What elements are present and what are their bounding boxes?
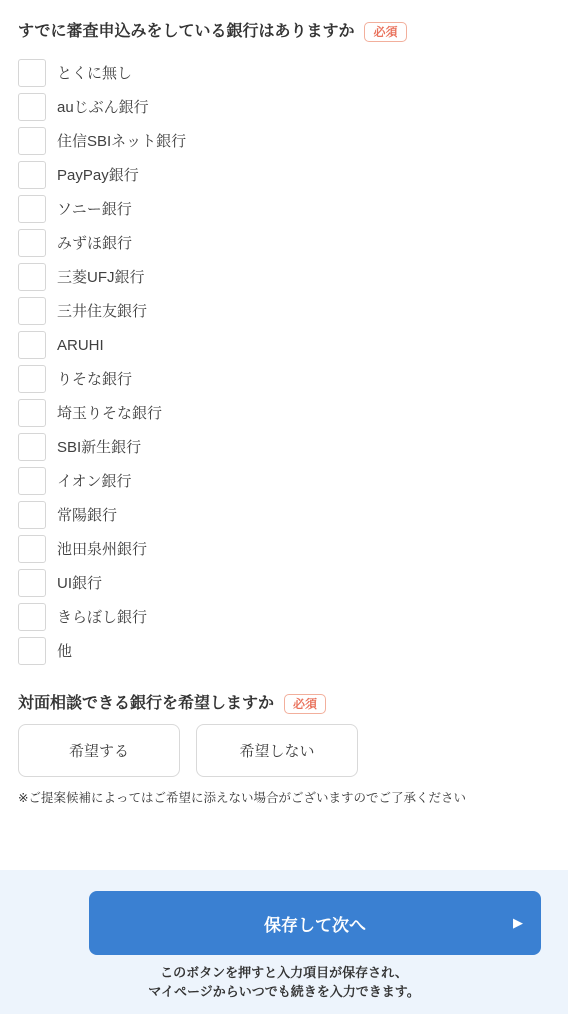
checkbox-row[interactable]: 池田泉州銀行: [18, 532, 550, 566]
checkbox-row[interactable]: ソニー銀行: [18, 192, 550, 226]
right-arrow-icon: ▶: [513, 915, 523, 931]
checkbox-label: 三菱UFJ銀行: [57, 269, 145, 285]
checkbox-label: 常陽銀行: [57, 507, 117, 523]
question2-header: 対面相談できる銀行を希望しますか 必須: [18, 694, 550, 714]
checkbox-row[interactable]: SBI新生銀行: [18, 430, 550, 464]
question1-title: すでに審査申込みをしている銀行はありますか: [18, 22, 354, 42]
checkbox-row[interactable]: きらぼし銀行: [18, 600, 550, 634]
checkbox[interactable]: [18, 399, 46, 427]
checkbox-row[interactable]: UI銀行: [18, 566, 550, 600]
checkbox-row[interactable]: PayPay銀行: [18, 158, 550, 192]
checkbox[interactable]: [18, 569, 46, 597]
checkbox-row[interactable]: 三井住友銀行: [18, 294, 550, 328]
checkbox[interactable]: [18, 535, 46, 563]
checkbox-label: みずほ銀行: [57, 235, 132, 251]
checkbox-label: auじぶん銀行: [57, 99, 149, 115]
checkbox[interactable]: [18, 467, 46, 495]
footer-note-line2: マイページからいつでも続きを入力できます。: [0, 982, 568, 1001]
footer-save-area: 保存して次へ ▶ このボタンを押すと入力項目が保存され、 マイページからいつでも…: [0, 870, 568, 1014]
checkbox-label: きらぼし銀行: [57, 609, 147, 625]
choice-button-no[interactable]: 希望しない: [196, 724, 358, 777]
checkbox-label: とくに無し: [57, 65, 132, 81]
checkbox[interactable]: [18, 127, 46, 155]
footer-note: このボタンを押すと入力項目が保存され、 マイページからいつでも続きを入力できます…: [0, 963, 568, 1001]
checkbox-label: ARUHI: [57, 337, 104, 353]
checkbox-row[interactable]: 常陽銀行: [18, 498, 550, 532]
checkbox-row[interactable]: 住信SBIネット銀行: [18, 124, 550, 158]
choice-button-group: 希望する 希望しない: [18, 724, 550, 777]
checkbox[interactable]: [18, 195, 46, 223]
question-banks-applied: すでに審査申込みをしている銀行はありますか 必須 とくに無しauじぶん銀行住信S…: [18, 22, 550, 668]
checkbox-label: 三井住友銀行: [57, 303, 147, 319]
required-badge: 必須: [364, 22, 406, 42]
save-and-next-button[interactable]: 保存して次へ ▶: [89, 891, 541, 955]
checkbox-label: 他: [57, 643, 72, 659]
checkbox-row[interactable]: 他: [18, 634, 550, 668]
checkbox[interactable]: [18, 603, 46, 631]
checkbox-label: りそな銀行: [57, 371, 132, 387]
question-face-to-face: 対面相談できる銀行を希望しますか 必須 希望する 希望しない ※ご提案候補によっ…: [18, 694, 550, 806]
form-content: すでに審査申込みをしている銀行はありますか 必須 とくに無しauじぶん銀行住信S…: [0, 0, 568, 806]
checkbox[interactable]: [18, 161, 46, 189]
checkbox[interactable]: [18, 229, 46, 257]
checkbox-label: PayPay銀行: [57, 167, 139, 183]
disclaimer-note: ※ご提案候補によってはご希望に添えない場合がございますのでご了承ください: [18, 790, 550, 806]
checkbox-row[interactable]: 埼玉りそな銀行: [18, 396, 550, 430]
checkbox-label: UI銀行: [57, 575, 102, 591]
checkbox-label: イオン銀行: [57, 473, 132, 489]
checkbox[interactable]: [18, 365, 46, 393]
save-button-label: 保存して次へ: [264, 911, 366, 936]
checkbox-row[interactable]: とくに無し: [18, 56, 550, 90]
checkbox-row[interactable]: みずほ銀行: [18, 226, 550, 260]
checkbox[interactable]: [18, 93, 46, 121]
checkbox[interactable]: [18, 297, 46, 325]
checkbox[interactable]: [18, 331, 46, 359]
checkbox-row[interactable]: 三菱UFJ銀行: [18, 260, 550, 294]
footer-note-line1: このボタンを押すと入力項目が保存され、: [0, 963, 568, 982]
checkbox-row[interactable]: auじぶん銀行: [18, 90, 550, 124]
checkbox[interactable]: [18, 263, 46, 291]
choice-button-yes[interactable]: 希望する: [18, 724, 180, 777]
checkbox[interactable]: [18, 433, 46, 461]
checkbox-label: 池田泉州銀行: [57, 541, 147, 557]
checkbox[interactable]: [18, 59, 46, 87]
question1-header: すでに審査申込みをしている銀行はありますか 必須: [18, 22, 550, 42]
checkbox-row[interactable]: りそな銀行: [18, 362, 550, 396]
checkbox-row[interactable]: ARUHI: [18, 328, 550, 362]
bank-checkbox-list: とくに無しauじぶん銀行住信SBIネット銀行PayPay銀行ソニー銀行みずほ銀行…: [18, 56, 550, 668]
required-badge: 必須: [284, 694, 326, 714]
question2-title: 対面相談できる銀行を希望しますか: [18, 694, 274, 714]
checkbox[interactable]: [18, 501, 46, 529]
checkbox-label: 埼玉りそな銀行: [57, 405, 162, 421]
checkbox[interactable]: [18, 637, 46, 665]
checkbox-label: SBI新生銀行: [57, 439, 141, 455]
checkbox-label: ソニー銀行: [57, 201, 132, 217]
checkbox-row[interactable]: イオン銀行: [18, 464, 550, 498]
checkbox-label: 住信SBIネット銀行: [57, 133, 186, 149]
